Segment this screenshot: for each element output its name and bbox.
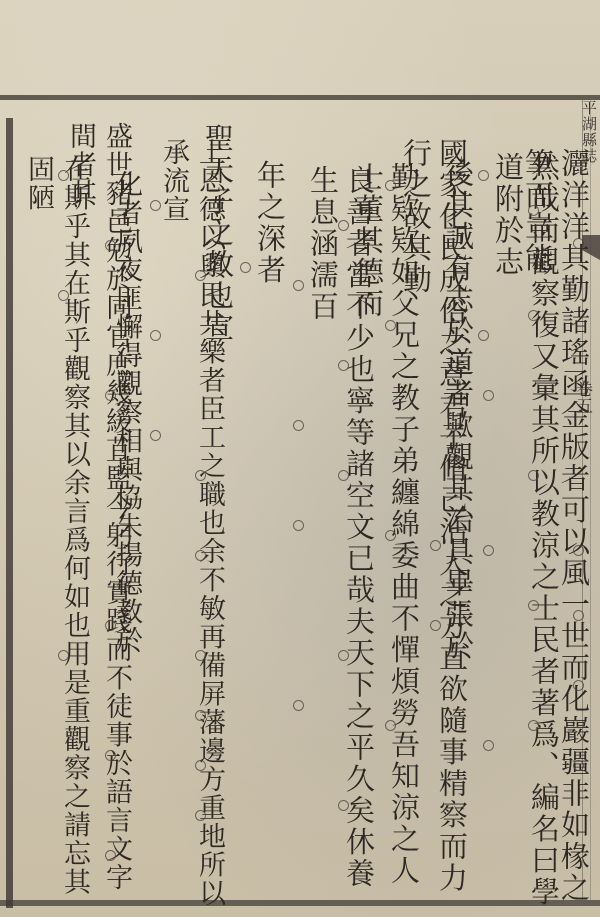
circle-mark-icon (528, 205, 539, 216)
text-column-9: 上恩德以與民共樂者臣工之職也余不敏再備屏藩邊方重地所以承流宣 (155, 138, 227, 917)
circle-mark-icon (478, 330, 489, 341)
circle-mark-icon (293, 700, 304, 711)
text-column-12: 在斯乎其在斯乎觀察其以余言爲何如也用是重觀察之請忘其固陋 (20, 155, 92, 917)
circle-mark-icon (293, 420, 304, 431)
circle-mark-icon (528, 720, 539, 731)
circle-mark-icon (293, 520, 304, 531)
circle-mark-icon (338, 360, 349, 371)
circle-mark-icon (195, 550, 206, 561)
circle-mark-icon (573, 610, 584, 621)
circle-mark-icon (150, 430, 161, 441)
circle-mark-icon (58, 650, 69, 661)
circle-mark-icon (385, 180, 396, 191)
circle-mark-icon (58, 290, 69, 301)
circle-mark-icon (150, 200, 161, 211)
circle-mark-icon (478, 170, 489, 181)
circle-mark-icon (573, 545, 584, 556)
circle-mark-icon (195, 810, 206, 821)
circle-mark-icon (528, 600, 539, 611)
circle-mark-icon (195, 760, 206, 771)
circle-mark-icon (150, 330, 161, 341)
circle-mark-icon (293, 280, 304, 291)
circle-mark-icon (105, 240, 116, 251)
circle-mark-icon (385, 320, 396, 331)
circle-mark-icon (195, 470, 206, 481)
circle-mark-icon (385, 720, 396, 731)
circle-mark-icon (528, 310, 539, 321)
circle-mark-icon (195, 270, 206, 281)
circle-mark-icon (195, 650, 206, 661)
circle-mark-icon (483, 740, 494, 751)
circle-mark-icon (385, 530, 396, 541)
circle-mark-icon (338, 800, 349, 811)
left-frame-border (6, 118, 13, 908)
circle-mark-icon (528, 470, 539, 481)
text-column-2: 然哉而觀察復又彙其所以教涼之士民者著爲、編名曰學道附於志 (490, 152, 562, 917)
circle-mark-icon (430, 620, 441, 631)
circle-mark-icon (338, 470, 349, 481)
circle-mark-icon (573, 238, 584, 249)
text-column-7: 年之深者 (252, 160, 288, 286)
circle-mark-icon (105, 620, 116, 631)
circle-mark-icon (483, 545, 494, 556)
circle-mark-icon (430, 540, 441, 551)
circle-mark-icon (105, 750, 116, 761)
top-frame-border (0, 95, 600, 100)
circle-mark-icon (240, 262, 251, 273)
circle-mark-icon (105, 850, 116, 861)
circle-mark-icon (338, 220, 349, 231)
circle-mark-icon (573, 760, 584, 771)
circle-mark-icon (483, 390, 494, 401)
circle-mark-icon (573, 680, 584, 691)
circle-mark-icon (105, 390, 116, 401)
circle-mark-icon (195, 710, 206, 721)
circle-mark-icon (338, 650, 349, 661)
circle-mark-icon (58, 170, 69, 181)
